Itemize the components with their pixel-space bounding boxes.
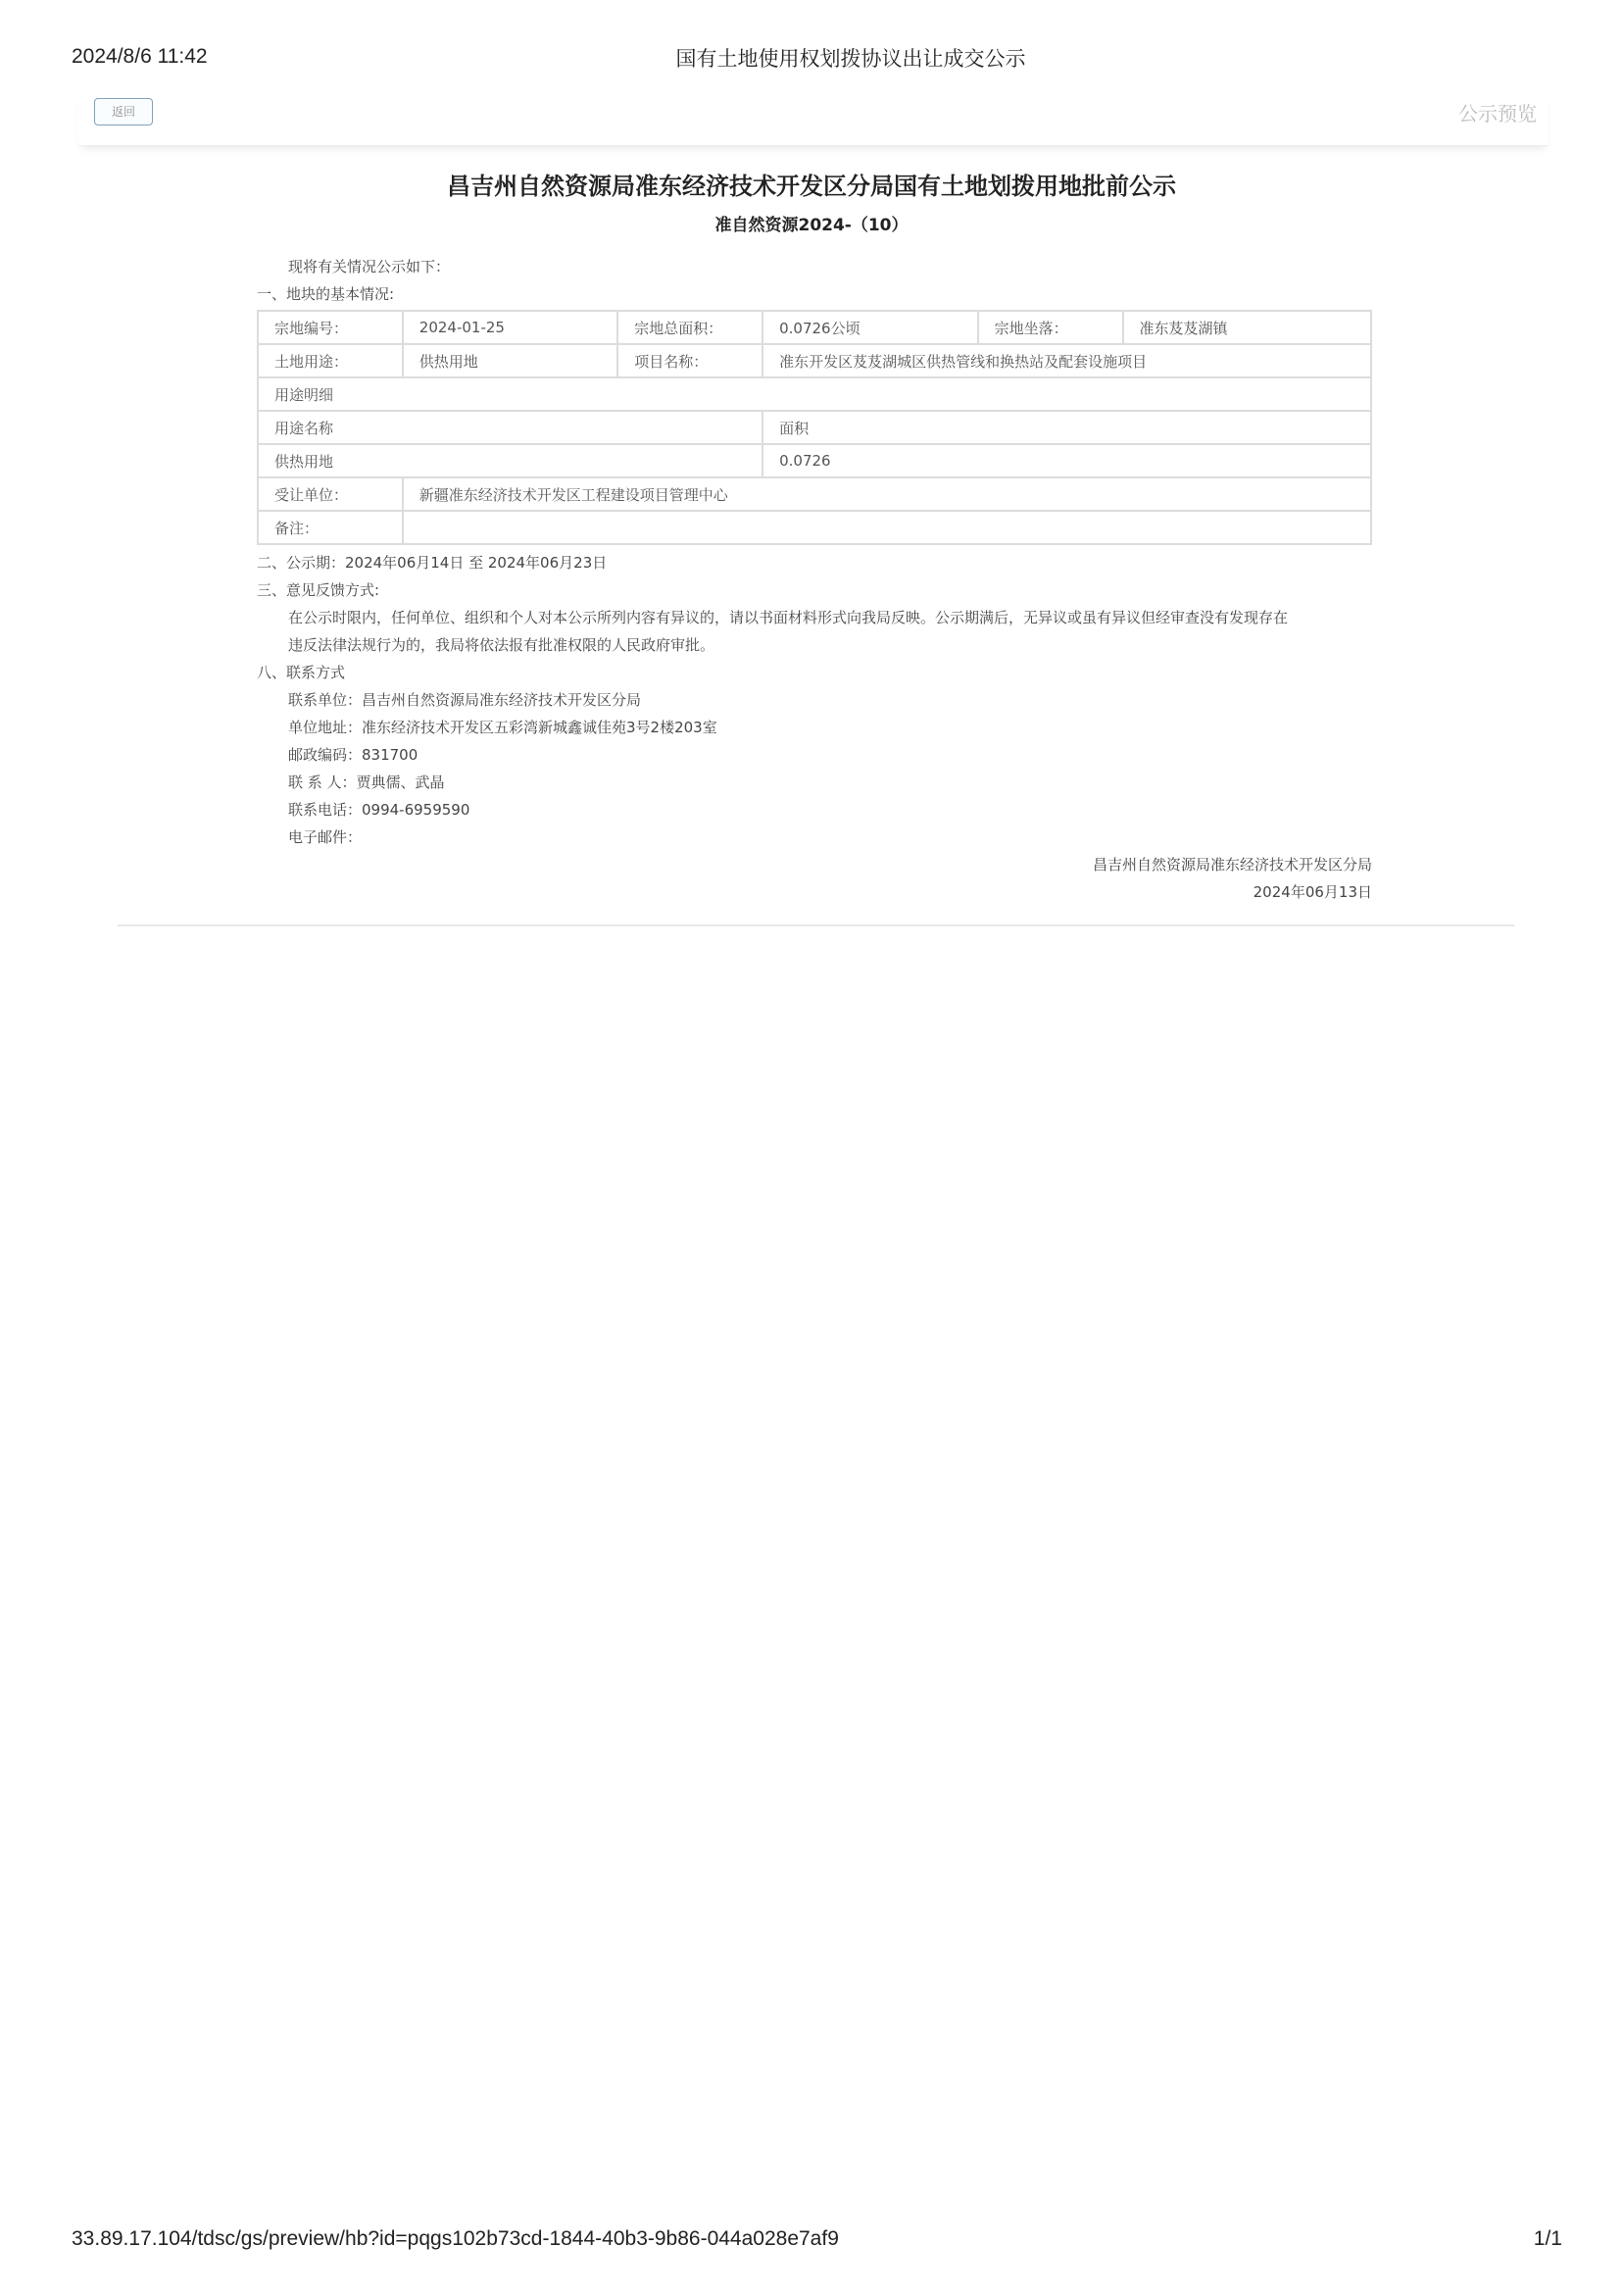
contact-address: 单位地址：准东经济技术开发区五彩湾新城鑫诚佳苑3号2楼203室 xyxy=(257,714,1372,741)
assignee-label: 受让单位： xyxy=(258,477,403,511)
contact-person: 联 系 人：贾典儒、武晶 xyxy=(257,769,1372,796)
document-title: 昌吉州自然资源局准东经济技术开发区分局国有土地划拨用地批前公示 xyxy=(0,167,1623,201)
preview-label: 公示预览 xyxy=(1458,98,1537,126)
table-row: 受让单位： 新疆准东经济技术开发区工程建设项目管理中心 xyxy=(258,477,1371,511)
remarks-value xyxy=(403,511,1371,544)
back-button[interactable]: 返回 xyxy=(94,98,153,125)
table-row: 供热用地 0.0726 xyxy=(258,444,1371,477)
contact-email: 电子邮件： xyxy=(257,824,1372,851)
location-value: 准东芨芨湖镇 xyxy=(1123,311,1372,344)
table-row: 用途明细 xyxy=(258,377,1371,411)
remarks-label: 备注： xyxy=(258,511,403,544)
section3-text-line1: 在公示时限内，任何单位、组织和个人对本公示所列内容有异议的，请以书面材料形式向我… xyxy=(257,604,1372,631)
usage-area-header: 面积 xyxy=(762,411,1371,444)
parcel-info-table: 宗地编号： 2024-01-25 宗地总面积： 0.0726公顷 宗地坐落： 准… xyxy=(257,310,1372,545)
signature-date: 2024年06月13日 xyxy=(257,878,1372,906)
print-footer-page-number: 1/1 xyxy=(1534,2227,1562,2251)
section8-heading: 八、联系方式 xyxy=(257,659,1372,686)
signature-org: 昌吉州自然资源局准东经济技术开发区分局 xyxy=(257,851,1372,878)
parcel-no-label: 宗地编号： xyxy=(258,311,403,344)
section2-period: 二、公示期：2024年06月14日 至 2024年06月23日 xyxy=(257,549,1372,576)
total-area-value: 0.0726公顷 xyxy=(762,311,978,344)
project-value: 准东开发区芨芨湖城区供热管线和换热站及配套设施项目 xyxy=(762,344,1371,377)
usage-name-header: 用途名称 xyxy=(258,411,762,444)
contact-unit: 联系单位：昌吉州自然资源局准东经济技术开发区分局 xyxy=(257,686,1372,714)
total-area-label: 宗地总面积： xyxy=(617,311,762,344)
print-header-title: 国有土地使用权划拨协议出让成交公示 xyxy=(0,43,1623,73)
assignee-value: 新疆准东经济技术开发区工程建设项目管理中心 xyxy=(403,477,1371,511)
table-row: 土地用途： 供热用地 项目名称： 准东开发区芨芨湖城区供热管线和换热站及配套设施… xyxy=(258,344,1371,377)
contact-phone: 联系电话：0994-6959590 xyxy=(257,796,1372,824)
land-use-label: 土地用途： xyxy=(258,344,403,377)
table-row: 用途名称 面积 xyxy=(258,411,1371,444)
document-number: 准自然资源2024-（10） xyxy=(0,211,1623,235)
usage-name-cell: 供热用地 xyxy=(258,444,762,477)
usage-detail-label: 用途明细 xyxy=(258,377,1371,411)
divider xyxy=(118,924,1514,926)
location-label: 宗地坐落： xyxy=(978,311,1123,344)
land-use-value: 供热用地 xyxy=(403,344,617,377)
section1-heading: 一、地块的基本情况: xyxy=(257,280,1372,308)
table-row: 备注： xyxy=(258,511,1371,544)
parcel-no-value: 2024-01-25 xyxy=(403,311,617,344)
usage-area-cell: 0.0726 xyxy=(762,444,1371,477)
intro-text: 现将有关情况公示如下： xyxy=(257,253,1372,280)
table-row: 宗地编号： 2024-01-25 宗地总面积： 0.0726公顷 宗地坐落： 准… xyxy=(258,311,1371,344)
toolbar: 返回 公示预览 xyxy=(78,90,1549,146)
document-body: 现将有关情况公示如下： 一、地块的基本情况: 宗地编号： 2024-01-25 … xyxy=(257,253,1372,906)
section3-text-line2: 违反法律法规行为的，我局将依法报有批准权限的人民政府审批。 xyxy=(257,631,1372,659)
project-label: 项目名称： xyxy=(617,344,762,377)
section3-heading: 三、意见反馈方式: xyxy=(257,576,1372,604)
print-footer-url: 33.89.17.104/tdsc/gs/preview/hb?id=pqgs1… xyxy=(72,2227,839,2251)
contact-postcode: 邮政编码：831700 xyxy=(257,741,1372,769)
